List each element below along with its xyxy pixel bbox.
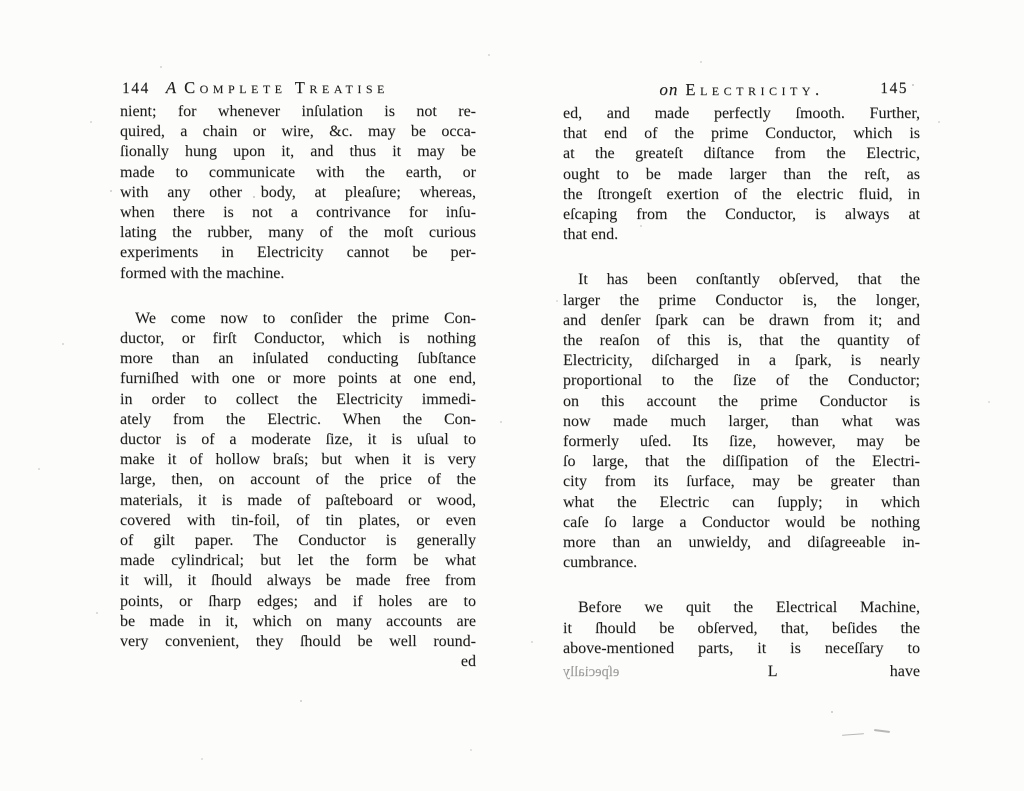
text-line: formed with the machine.	[120, 264, 476, 284]
running-title-right-italic: on	[659, 80, 678, 99]
page-number-left: 144	[122, 80, 150, 98]
running-title-right-caps: Electricity.	[685, 80, 823, 99]
text-line: ed, and made perfectly ſmooth. Further,	[563, 104, 920, 124]
text-line: lating the rubber, many of the moſt curi…	[120, 223, 476, 243]
text-line: larger the prime Conductor is, the longe…	[563, 291, 920, 311]
page-right-body: ed, and made perfectly ſmooth. Further,t…	[563, 104, 920, 659]
text-line: formerly uſed. Its ſize, however, may be	[563, 432, 920, 452]
text-line: the ſtrongeſt exertion of the electric f…	[563, 185, 920, 205]
text-line: when there is not a contrivance for inſu…	[120, 203, 476, 223]
text-line: ductor, or firſt Conductor, which is not…	[120, 329, 476, 349]
page-left-running-header: 144 AComplete Treatise	[120, 78, 476, 100]
text-line: ſionally hung upon it, and thus it may b…	[120, 142, 476, 162]
text-line: now made much larger, than what was	[563, 412, 920, 432]
text-line: more than an unwieldy, and diſagreeable …	[563, 533, 920, 553]
text-line: and denſer ſpark can be drawn from it; a…	[563, 311, 920, 331]
text-line: of gilt paper. The Conductor is generall…	[120, 531, 476, 551]
text-line: It has been conſtantly obſerved, that th…	[563, 270, 920, 290]
paragraph: We come now to conſider the prime Con-du…	[120, 309, 476, 652]
paragraph: ed, and made perfectly ſmooth. Further,t…	[563, 104, 920, 245]
text-line: materials, it is made of paſteboard or w…	[120, 491, 476, 511]
text-line: on this account the prime Conductor is	[563, 392, 920, 412]
running-title-left: AComplete Treatise	[166, 78, 389, 98]
text-line: caſe ſo large a Conductor would be nothi…	[563, 513, 920, 533]
text-line: We come now to conſider the prime Con-	[120, 309, 476, 329]
text-line: Electricity, diſcharged in a ſpark, is n…	[563, 351, 920, 371]
text-line: it will, it ſhould always be made free f…	[120, 571, 476, 591]
text-line: very convenient, they ſhould be well rou…	[120, 632, 476, 652]
text-line: that end.	[563, 225, 920, 245]
text-line: with any other body, at pleaſure; wherea…	[120, 183, 476, 203]
text-line: that end of the prime Conductor, which i…	[563, 124, 920, 144]
text-line: more than an inſulated conducting ſubſta…	[120, 349, 476, 369]
paragraph: Before we quit the Electrical Machine,it…	[563, 598, 920, 659]
text-line: experiments in Electricity cannot be per…	[120, 243, 476, 263]
show-through-ghost-text: eſpecially	[563, 662, 619, 682]
paragraph: It has been conſtantly obſerved, that th…	[563, 270, 920, 573]
text-line: at the greateſt diſtance from the Electr…	[563, 144, 920, 164]
page-number-right: 145	[880, 80, 908, 98]
text-line: ought to be made larger than the reſt, a…	[563, 165, 920, 185]
scan-noise-dash	[842, 733, 864, 736]
text-line: nient; for whenever inſulation is not re…	[120, 102, 476, 122]
text-line: what the Electric can ſupply; in which	[563, 493, 920, 513]
text-line: large, then, on account of the price of …	[120, 470, 476, 490]
text-line: make it of hollow braſs; but when it is …	[120, 450, 476, 470]
text-line: city from its ſurface, may be greater th…	[563, 472, 920, 492]
text-line: cumbrance.	[563, 553, 920, 573]
text-line: Before we quit the Electrical Machine,	[563, 598, 920, 618]
signature-mark: L	[768, 662, 778, 682]
catchword-left: ed	[461, 653, 476, 670]
paragraph: nient; for whenever inſulation is not re…	[120, 102, 476, 284]
scan-noise-dash	[874, 729, 890, 733]
text-line: be made in it, which on many accounts ar…	[120, 612, 476, 632]
text-line: points, or ſharp edges; and if holes are…	[120, 592, 476, 612]
text-line: covered with tin-foil, of tin plates, or…	[120, 511, 476, 531]
text-line: ſo large, that the diſſipation of the El…	[563, 452, 920, 472]
catchword-right: have	[890, 662, 920, 682]
page-right: onElectricity. 145 ed, and made perfectl…	[563, 80, 920, 682]
text-line: above-mentioned parts, it is neceſſary t…	[563, 639, 920, 659]
page-left-catchword-line: ed	[120, 652, 476, 672]
page-right-footer-line: eſpecially L have	[563, 662, 920, 682]
page-left-body: nient; for whenever inſulation is not re…	[120, 102, 476, 652]
text-line: ductor is of a moderate ſize, it is uſua…	[120, 430, 476, 450]
text-line: it ſhould be obſerved, that, beſides the	[563, 619, 920, 639]
scanned-book-spread: 144 AComplete Treatise nient; for whenev…	[0, 0, 1024, 791]
text-line: furniſhed with one or more points at one…	[120, 369, 476, 389]
text-line: made cylindrical; but let the form be wh…	[120, 551, 476, 571]
text-line: quired, a chain or wire, &c. may be occa…	[120, 122, 476, 142]
text-line: ately from the Electric. When the Con-	[120, 410, 476, 430]
text-line: eſcaping from the Conductor, is always a…	[563, 205, 920, 225]
text-line: in order to collect the Electricity imme…	[120, 390, 476, 410]
running-title-left-caps: Complete Treatise	[184, 78, 389, 97]
running-title-left-italic: A	[166, 78, 177, 97]
text-line: proportional to the ſize of the Conducto…	[563, 371, 920, 391]
page-right-running-header: onElectricity. 145	[563, 80, 920, 102]
page-left: 144 AComplete Treatise nient; for whenev…	[120, 78, 476, 672]
text-line: made to communicate with the earth, or	[120, 163, 476, 183]
text-line: the reaſon of this is, that the quantity…	[563, 331, 920, 351]
running-title-right: onElectricity.	[563, 80, 920, 100]
